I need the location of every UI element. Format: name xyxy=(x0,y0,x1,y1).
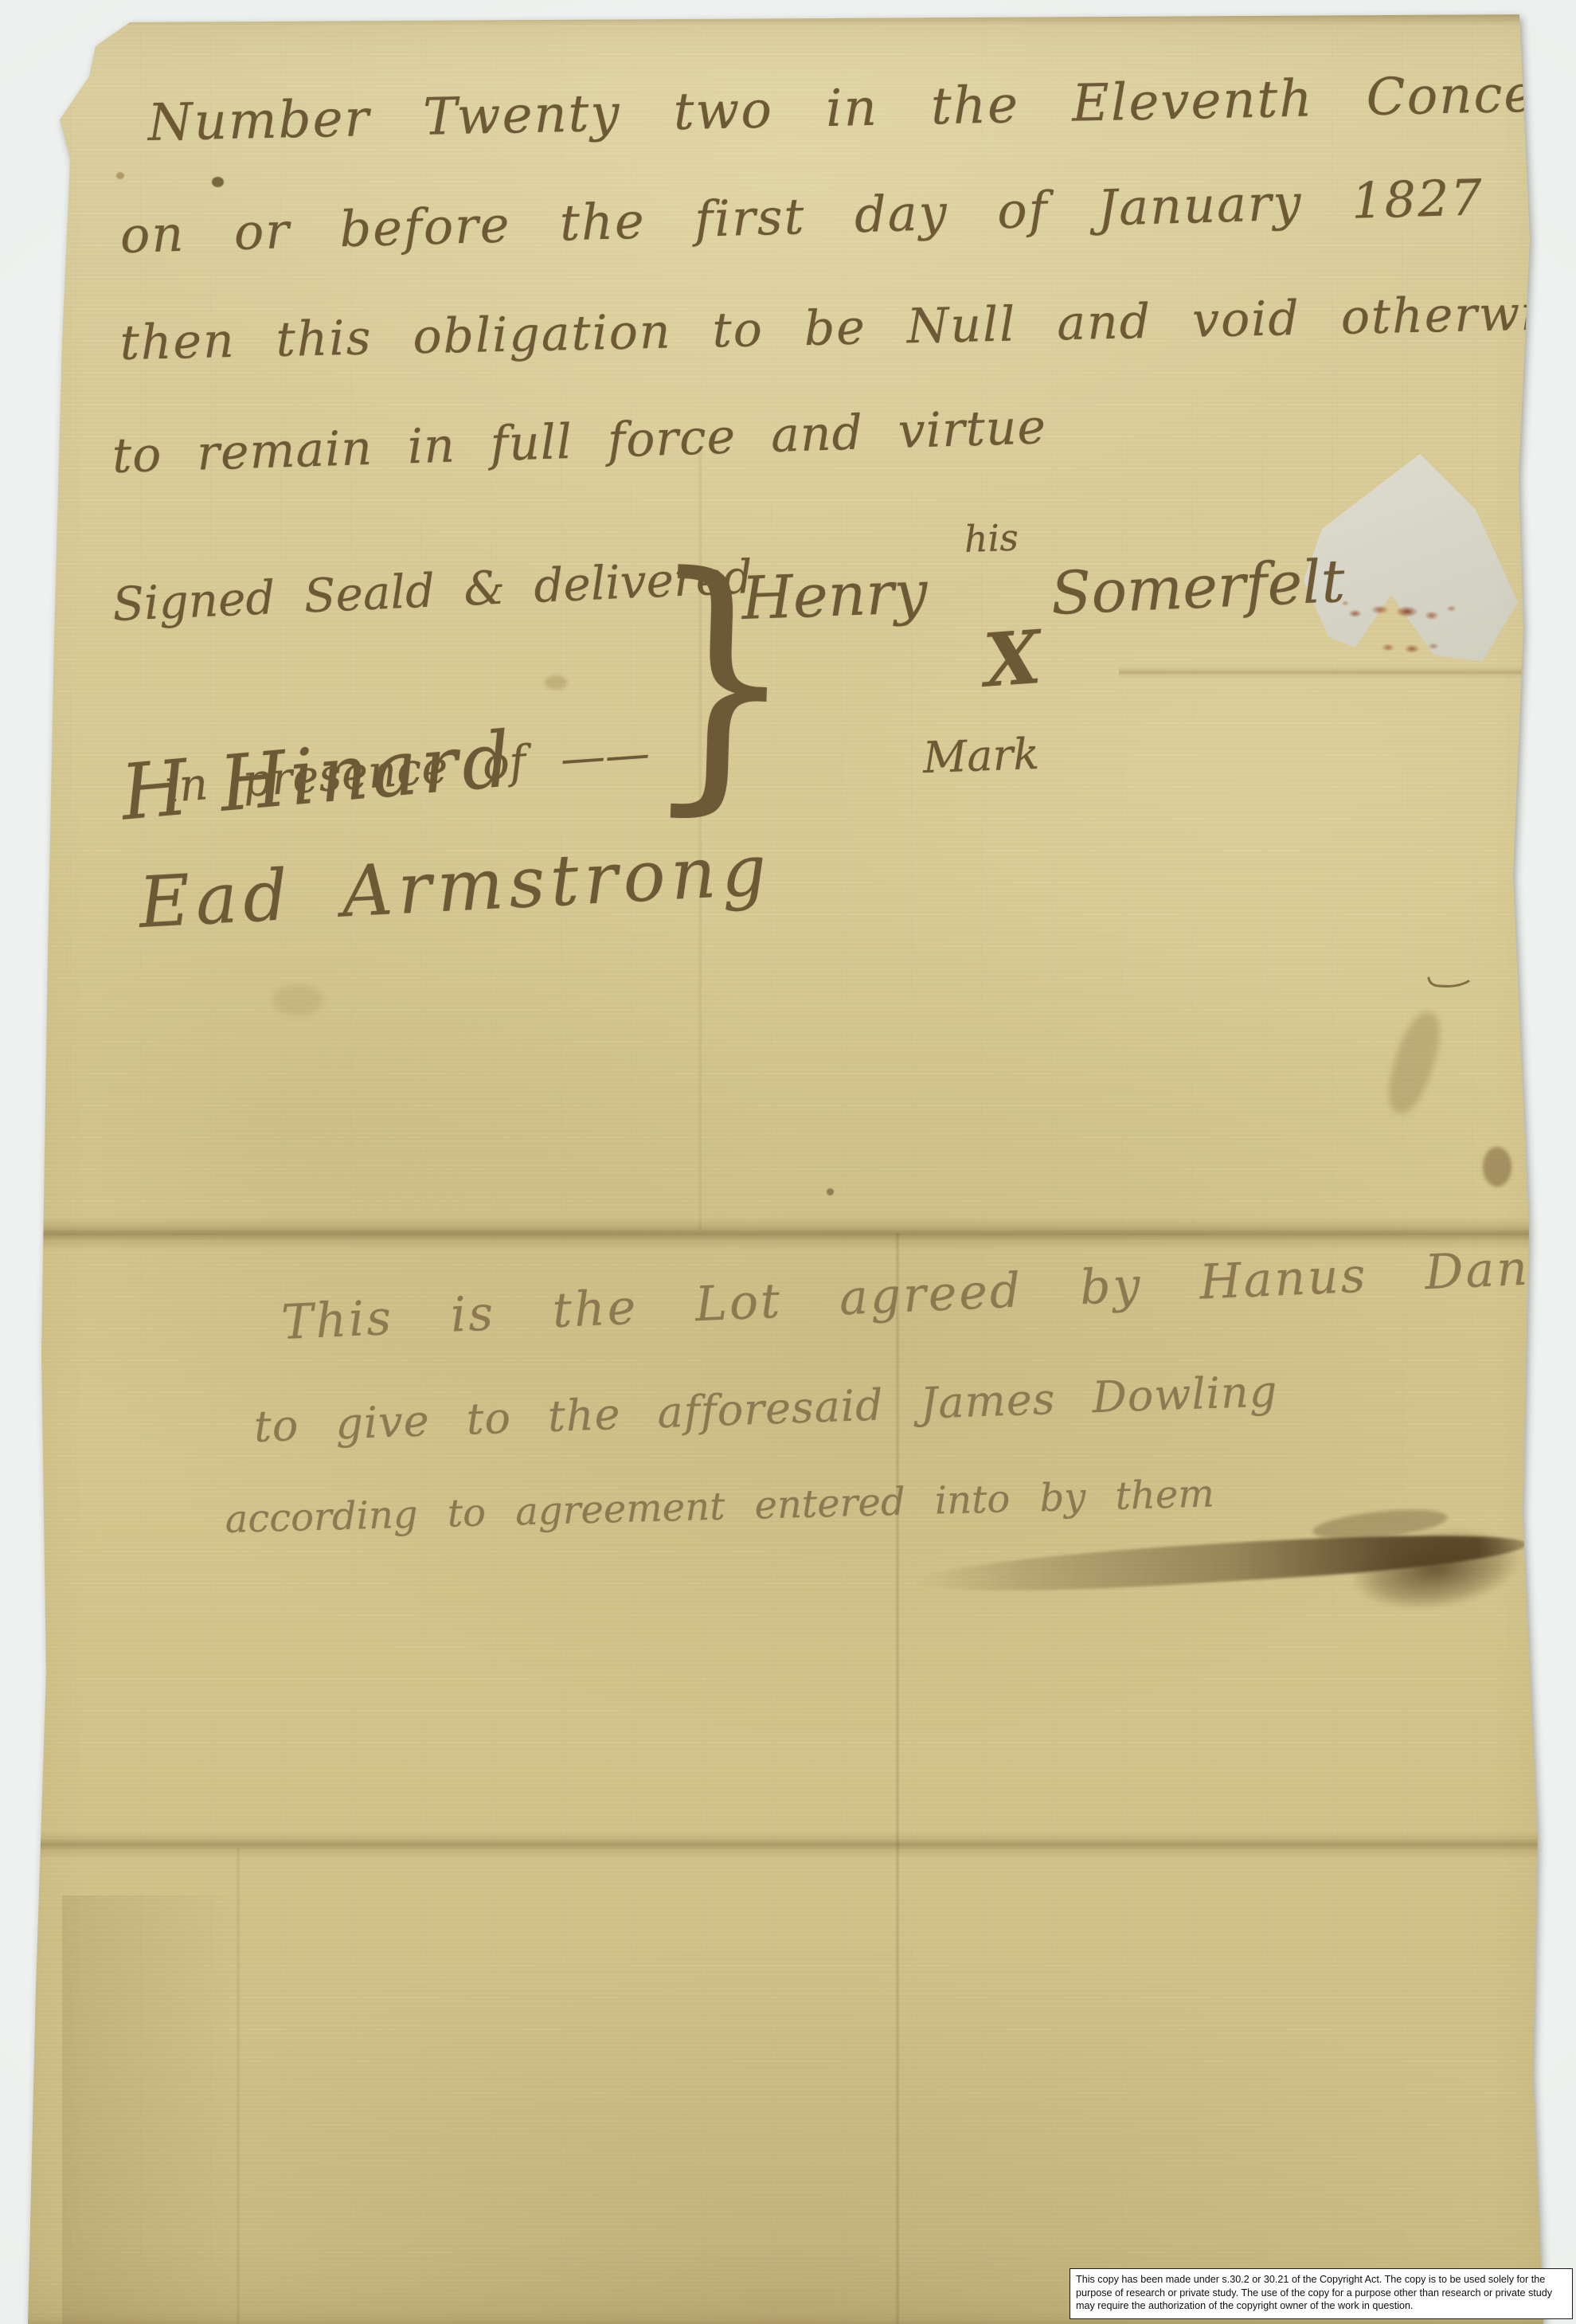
copyright-notice-strip: This copy has been made under s.30.2 or … xyxy=(1070,2268,1573,2319)
copyright-notice-text: This copy has been made under s.30.2 or … xyxy=(1076,2274,1552,2311)
paper-sheet: Number Twenty two in the Eleventh Conces… xyxy=(0,0,1576,2324)
paper-vignette xyxy=(0,0,1576,2324)
paper-surface: Number Twenty two in the Eleventh Conces… xyxy=(0,0,1576,2324)
scanned-document-page: Number Twenty two in the Eleventh Conces… xyxy=(0,0,1576,2324)
